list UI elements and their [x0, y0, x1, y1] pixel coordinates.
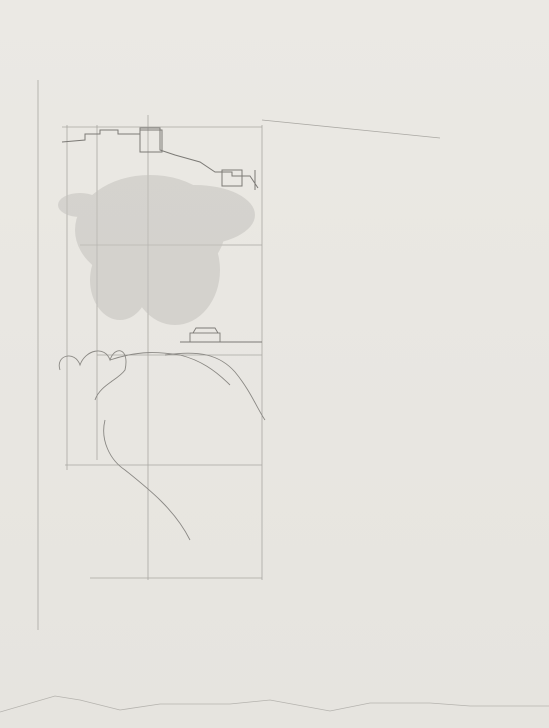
house [180, 328, 262, 342]
sketch-paper: Pencil sketch on off-white paper: a hill… [0, 0, 549, 728]
guide-lines [38, 80, 440, 630]
pencil-sketch [0, 0, 549, 728]
lower-landscape [59, 351, 265, 540]
wooded-slope [58, 175, 255, 325]
paper-edge [0, 696, 549, 712]
